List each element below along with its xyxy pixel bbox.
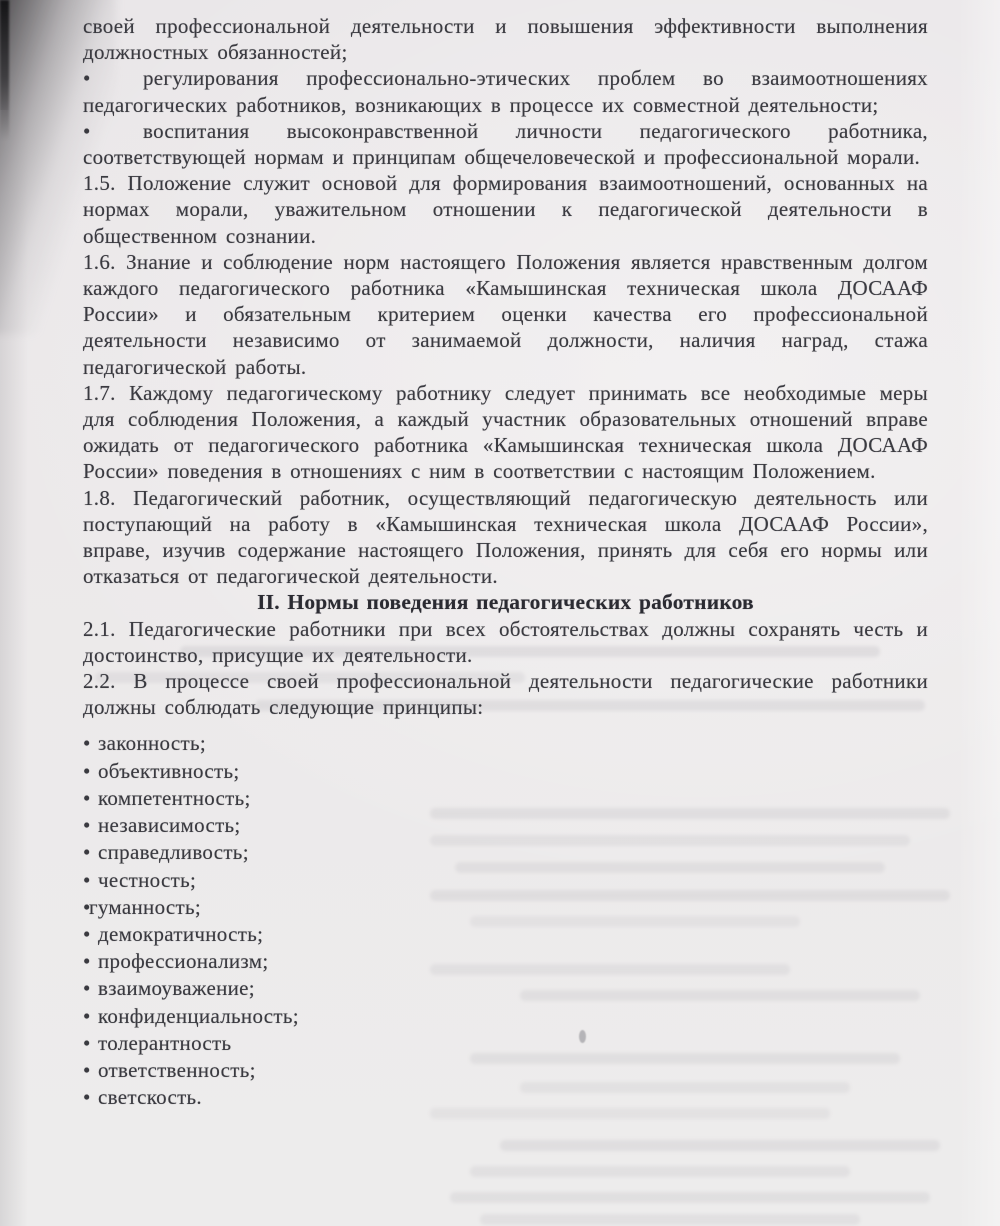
clause-1-5: 1.5. Положение служит основой для формир… — [83, 170, 928, 249]
principle-item: •компетентность; — [83, 785, 928, 812]
right-edge-highlight — [958, 0, 1000, 1226]
clause-1-7: 1.7. Каждому педагогическому работнику с… — [83, 380, 928, 485]
bullet-icon: • — [83, 118, 143, 144]
scanned-page: своей профессиональной деятельности и по… — [0, 0, 1000, 1226]
principle-text: профессионализм; — [98, 949, 268, 973]
principles-list: •законность; •объективность; •компетентн… — [83, 730, 928, 1111]
principle-text: ответственность; — [98, 1058, 256, 1082]
bullet-icon: • — [83, 65, 143, 91]
bullet-icon: • — [83, 948, 98, 975]
principle-item: •объективность; — [83, 758, 928, 785]
principle-item: •ответственность; — [83, 1057, 928, 1084]
bleedthrough-line — [480, 1214, 860, 1225]
principle-item: •профессионализм; — [83, 948, 928, 975]
principle-item: •светскость. — [83, 1084, 928, 1111]
principle-text: компетентность; — [98, 786, 251, 810]
purpose-bullet-text: воспитания высоконравственной личности п… — [83, 119, 928, 169]
bullet-icon: • — [83, 867, 98, 894]
principle-text: взаимоуважение; — [98, 976, 255, 1000]
left-edge-shading — [0, 110, 28, 1226]
principle-item: •законность; — [83, 730, 928, 757]
principle-text: светскость. — [98, 1085, 202, 1109]
clause-1-6: 1.6. Знание и соблюдение норм настоящего… — [83, 249, 928, 380]
principle-text: честность; — [98, 868, 196, 892]
document-text-block: своей профессиональной деятельности и по… — [83, 13, 928, 1111]
bleedthrough-line — [470, 1166, 850, 1177]
principle-item: •независимость; — [83, 812, 928, 839]
principle-item: •честность; — [83, 867, 928, 894]
clause-2-1: 2.1. Педагогические работники при всех о… — [83, 616, 928, 668]
principle-text: гуманность; — [89, 895, 201, 919]
purpose-bullet-item: •воспитания высоконравственной личности … — [83, 118, 928, 170]
principle-item: •конфиденциальность; — [83, 1003, 928, 1030]
principle-text: конфиденциальность; — [98, 1004, 299, 1028]
purpose-bullet-item: •регулирования профессионально-этических… — [83, 65, 928, 117]
bleedthrough-line — [500, 1140, 940, 1151]
principle-text: объективность; — [98, 759, 239, 783]
principle-item: •толерантность — [83, 1030, 928, 1057]
bullet-icon: • — [83, 730, 98, 757]
section-heading: II. Нормы поведения педагогических работ… — [83, 589, 928, 615]
bullet-icon: • — [83, 1003, 98, 1030]
principle-item: •взаимоуважение; — [83, 975, 928, 1002]
bullet-icon: • — [83, 1030, 98, 1057]
bullet-icon: • — [83, 812, 98, 839]
principle-item: •справедливость; — [83, 839, 928, 866]
principle-text: демократичность; — [98, 922, 263, 946]
bullet-icon: • — [83, 1084, 98, 1111]
bullet-icon: • — [83, 1057, 98, 1084]
bullet-icon: • — [83, 975, 98, 1002]
bullet-icon: • — [83, 921, 98, 948]
bleedthrough-line — [450, 1192, 930, 1203]
principle-item: •демократичность; — [83, 921, 928, 948]
principle-text: независимость; — [98, 813, 241, 837]
clause-1-8: 1.8. Педагогический работник, осуществля… — [83, 485, 928, 590]
principle-text: справедливость; — [98, 840, 249, 864]
bullet-icon: • — [83, 758, 98, 785]
bullet-icon: • — [83, 785, 98, 812]
clause-2-2: 2.2. В процессе своей профессиональной д… — [83, 668, 928, 720]
principle-text: толерантность — [98, 1031, 231, 1055]
bullet-icon: • — [83, 839, 98, 866]
purpose-bullet-text: регулирования профессионально-этических … — [83, 66, 928, 116]
principle-text: законность; — [98, 731, 206, 755]
principle-item: •гуманность; — [83, 894, 928, 921]
paragraph-continuation: своей профессиональной деятельности и по… — [83, 13, 928, 65]
